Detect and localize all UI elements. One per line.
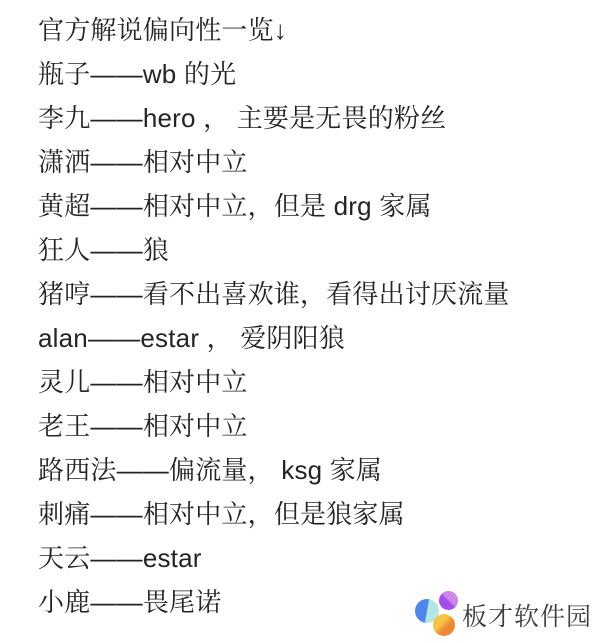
speaker-name: 天云 bbox=[38, 543, 90, 573]
logo-circle-purple-icon bbox=[439, 591, 458, 610]
dash-separator: —— bbox=[90, 235, 142, 265]
dash-separator: —— bbox=[90, 543, 142, 573]
bias-text: 偏流量， ksg 家属 bbox=[169, 455, 382, 485]
dash-separator: —— bbox=[90, 279, 142, 309]
bias-list: 官方解说偏向性一览↓ 瓶子——wb 的光 李九——hero ， 主要是无畏的粉丝… bbox=[38, 8, 600, 624]
list-item: 瓶子——wb 的光 bbox=[38, 52, 600, 96]
bias-text: 相对中立，但是 drg 家属 bbox=[143, 191, 432, 221]
list-item: 灵儿——相对中立 bbox=[38, 360, 600, 404]
list-item: 刺痛——相对中立，但是狼家属 bbox=[38, 492, 600, 536]
bias-text: 看不出喜欢谁，看得出讨厌流量 bbox=[143, 279, 510, 309]
speaker-name: 猪哼 bbox=[38, 279, 90, 309]
speaker-name: 老王 bbox=[38, 411, 90, 441]
speaker-name: 狂人 bbox=[38, 235, 90, 265]
dash-separator: —— bbox=[90, 191, 142, 221]
list-item: 李九——hero ， 主要是无畏的粉丝 bbox=[38, 96, 600, 140]
list-item: 狂人——狼 bbox=[38, 228, 600, 272]
bias-text: hero ， 主要是无畏的粉丝 bbox=[143, 103, 447, 133]
bias-text: 相对中立 bbox=[143, 147, 248, 177]
speaker-name: 瓶子 bbox=[38, 59, 90, 89]
speaker-name: 李九 bbox=[38, 103, 90, 133]
dash-separator: —— bbox=[90, 499, 142, 529]
list-item: 黄超——相对中立，但是 drg 家属 bbox=[38, 184, 600, 228]
list-item: alan——estar ， 爱阴阳狼 bbox=[38, 316, 600, 360]
speaker-name: 小鹿 bbox=[38, 587, 90, 617]
dash-separator: —— bbox=[90, 367, 142, 397]
speaker-name: 黄超 bbox=[38, 191, 90, 221]
bias-text: 畏尾诺 bbox=[143, 587, 222, 617]
list-item: 潇洒——相对中立 bbox=[38, 140, 600, 184]
list-item: 老王——相对中立 bbox=[38, 404, 600, 448]
speaker-name: 刺痛 bbox=[38, 499, 90, 529]
dash-separator: —— bbox=[90, 587, 142, 617]
bias-text: wb 的光 bbox=[143, 59, 236, 89]
bias-text: estar ， 爱阴阳狼 bbox=[140, 323, 345, 353]
dash-separator: —— bbox=[88, 323, 140, 353]
dash-separator: —— bbox=[90, 103, 142, 133]
watermark-brand-text: 板才软件园 bbox=[462, 603, 592, 631]
title-text: 官方解说偏向性一览↓ bbox=[38, 15, 287, 45]
list-item: 猪哼——看不出喜欢谁，看得出讨厌流量 bbox=[38, 272, 600, 316]
bias-text: 相对中立 bbox=[143, 367, 248, 397]
dash-separator: —— bbox=[90, 59, 142, 89]
speaker-name: 潇洒 bbox=[38, 147, 90, 177]
bias-text: estar bbox=[143, 543, 202, 573]
dash-separator: —— bbox=[90, 147, 142, 177]
speaker-name: 灵儿 bbox=[38, 367, 90, 397]
watermark: 板才软件园 bbox=[413, 588, 600, 638]
logo-circle-orange-icon bbox=[433, 614, 455, 636]
page: 官方解说偏向性一览↓ 瓶子——wb 的光 李九——hero ， 主要是无畏的粉丝… bbox=[0, 0, 600, 643]
list-item: 天云——estar bbox=[38, 536, 600, 580]
bias-text: 狼 bbox=[143, 235, 169, 265]
speaker-name: alan bbox=[38, 323, 88, 353]
bias-text: 相对中立 bbox=[143, 411, 248, 441]
dash-separator: —— bbox=[117, 455, 169, 485]
speaker-name: 路西法 bbox=[38, 455, 117, 485]
bias-text: 相对中立，但是狼家属 bbox=[143, 499, 405, 529]
page-title: 官方解说偏向性一览↓ bbox=[38, 8, 600, 52]
dash-separator: —— bbox=[90, 411, 142, 441]
list-item: 路西法——偏流量， ksg 家属 bbox=[38, 448, 600, 492]
